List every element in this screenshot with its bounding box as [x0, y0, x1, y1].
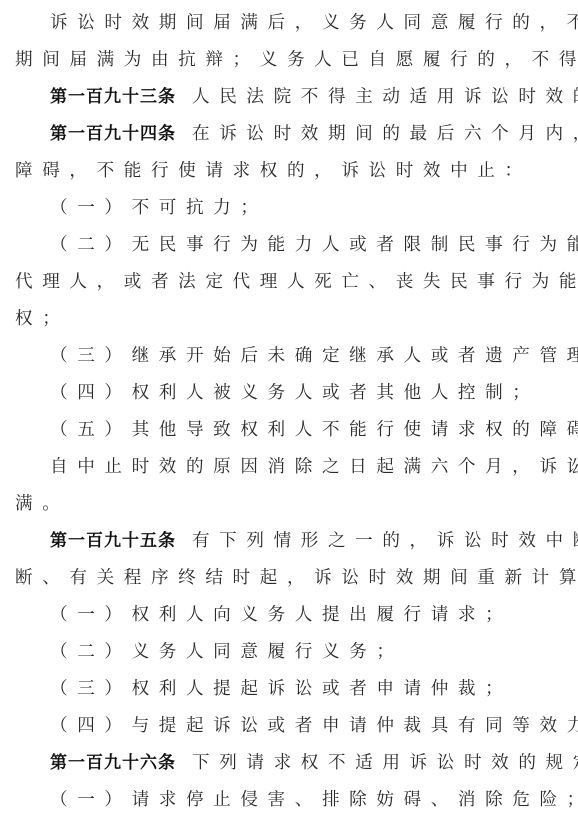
paragraph-line: 诉讼时效期间届满后，义务人同意履行的，不得以诉讼时效 [50, 8, 570, 38]
article-text: 在诉讼时效期间的最后六个月内，因下列 [192, 124, 578, 144]
list-item: （一）权利人向义务人提出履行请求； [50, 600, 570, 630]
paragraph-line: 自中止时效的原因消除之日起满六个月，诉讼时效期间届 [50, 452, 570, 482]
article-number: 第一百九十六条 [50, 753, 176, 773]
paragraph-line: 满。 [15, 489, 567, 519]
list-item: （四）与提起诉讼或者申请仲裁具有同等效力的其他情形。 [50, 711, 570, 741]
article-196: 第一百九十六条下列请求权不适用诉讼时效的规定： [50, 748, 570, 778]
paragraph-line: 代理人，或者法定代理人死亡、丧失民事行为能力、丧失代理 [15, 267, 567, 297]
list-item: （二）义务人同意履行义务； [50, 637, 570, 667]
article-text: 人民法院不得主动适用诉讼时效的规定。 [192, 87, 578, 107]
article-194: 第一百九十四条在诉讼时效期间的最后六个月内，因下列 [50, 119, 570, 149]
paragraph-line: 障碍，不能行使请求权的，诉讼时效中止： [15, 156, 567, 186]
paragraph-line: 期间届满为由抗辩；义务人已自愿履行的，不得请求返还。 [15, 45, 567, 75]
list-item: （一）请求停止侵害、排除妨碍、消除危险； [50, 785, 570, 815]
article-number: 第一百九十五条 [50, 531, 176, 551]
article-text: 下列请求权不适用诉讼时效的规定： [192, 753, 578, 773]
article-193: 第一百九十三条人民法院不得主动适用诉讼时效的规定。 [50, 82, 570, 112]
paragraph-line: 权； [15, 304, 567, 334]
document-page: 诉讼时效期间届满后，义务人同意履行的，不得以诉讼时效 期间届满为由抗辩；义务人已… [0, 0, 578, 816]
article-number: 第一百九十四条 [50, 124, 176, 144]
list-item: （三）权利人提起诉讼或者申请仲裁； [50, 674, 570, 704]
article-number: 第一百九十三条 [50, 87, 176, 107]
article-195: 第一百九十五条有下列情形之一的，诉讼时效中断，从中 [50, 526, 570, 556]
list-item: （一）不可抗力； [50, 193, 570, 223]
list-item: （二）无民事行为能力人或者限制民事行为能力人没有法定 [50, 230, 570, 260]
article-text: 有下列情形之一的，诉讼时效中断，从中 [192, 531, 578, 551]
list-item: （三）继承开始后未确定继承人或者遗产管理人； [50, 341, 570, 371]
list-item: （四）权利人被义务人或者其他人控制； [50, 378, 570, 408]
list-item: （五）其他导致权利人不能行使请求权的障碍。 [50, 415, 570, 445]
paragraph-line: 断、有关程序终结时起，诉讼时效期间重新计算： [15, 563, 567, 593]
